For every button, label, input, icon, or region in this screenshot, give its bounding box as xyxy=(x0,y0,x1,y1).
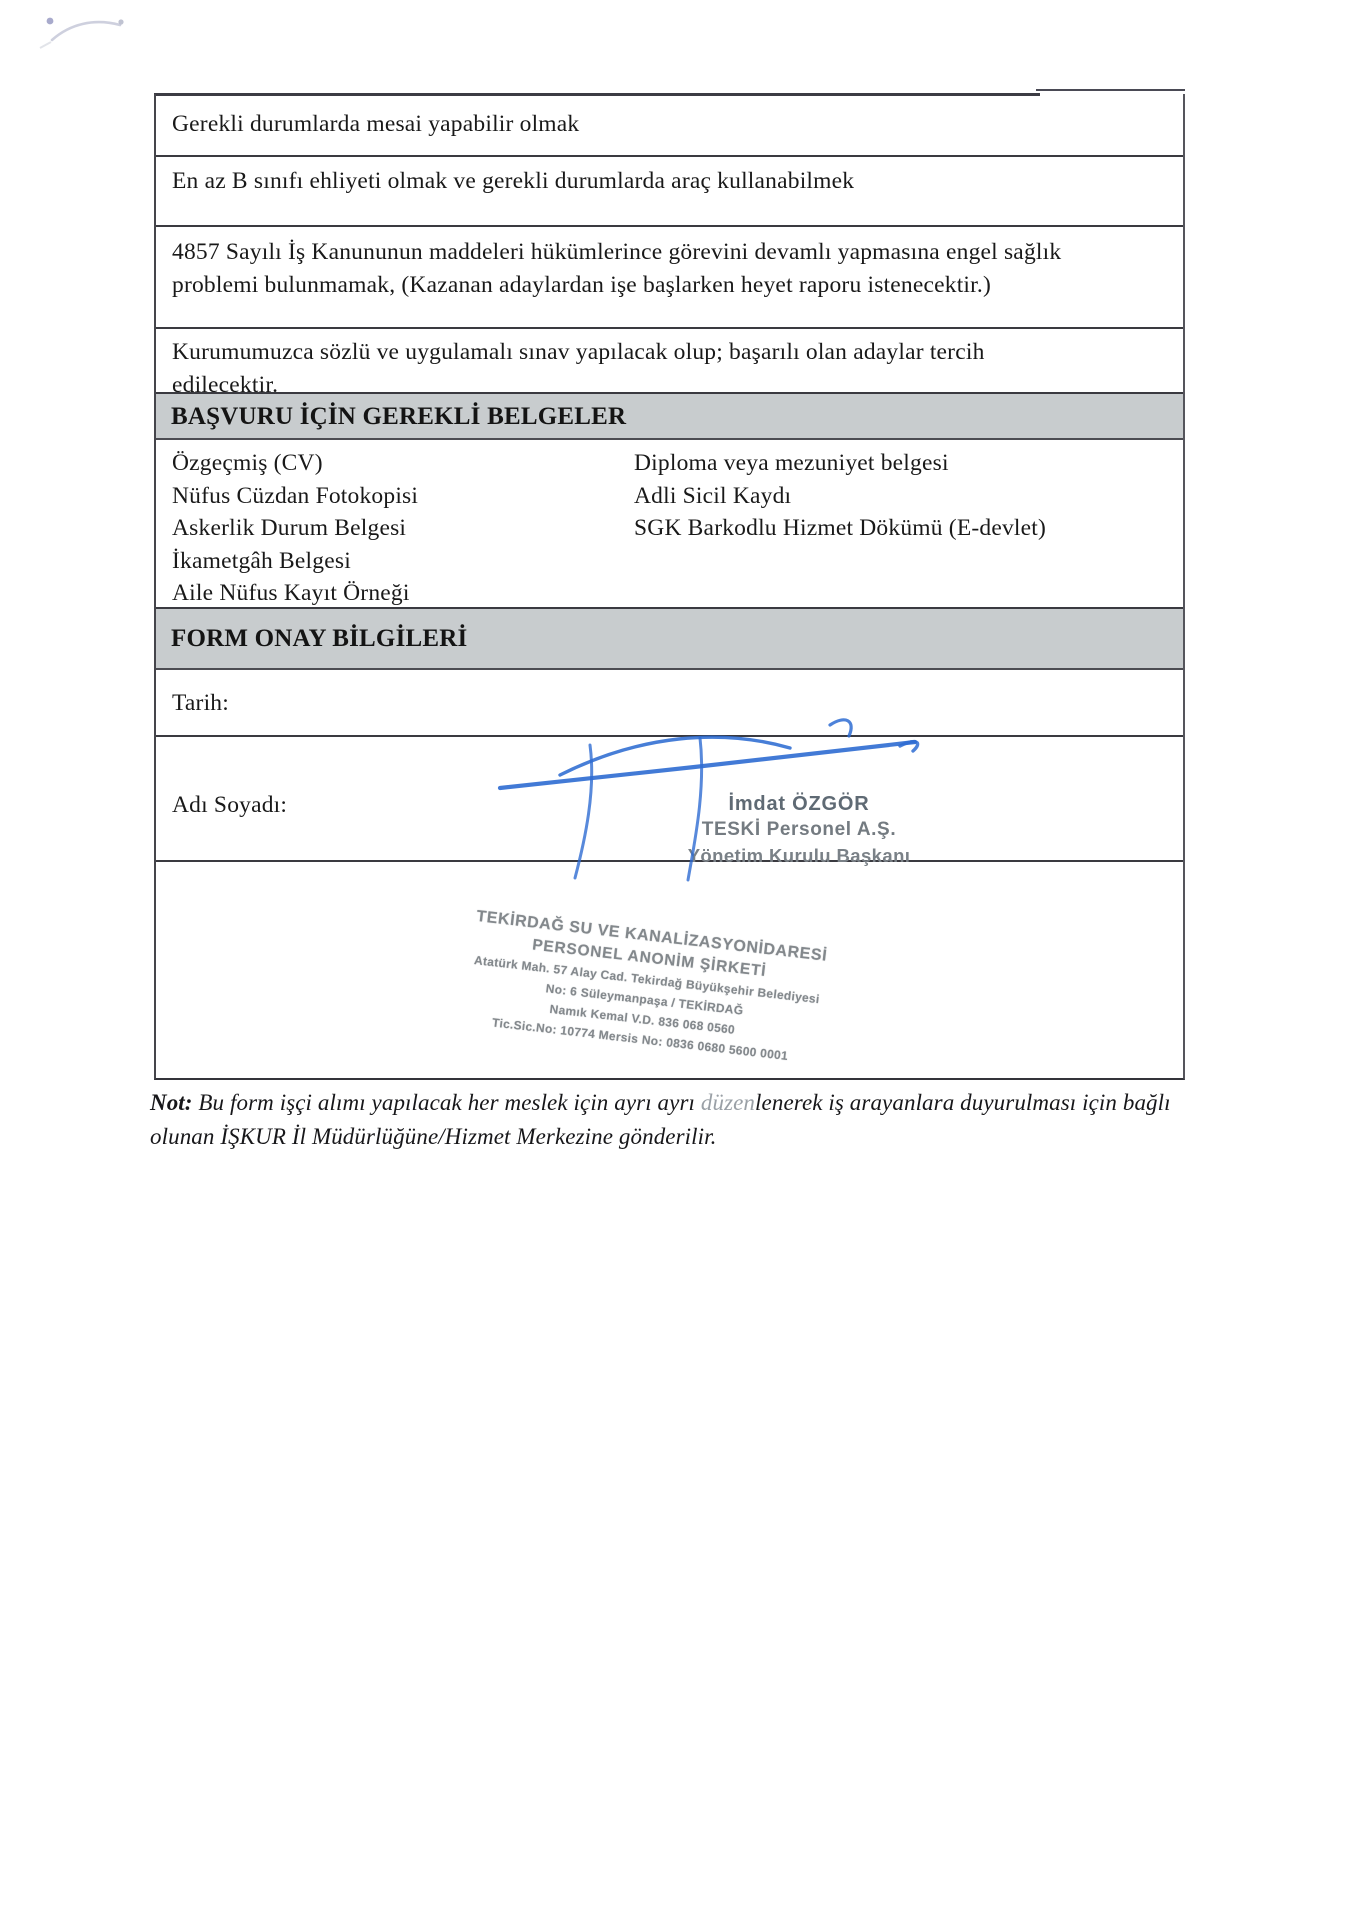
note-text: lenerek iş arayanlara duyurulması için b… xyxy=(755,1090,1171,1115)
requirement-text: Gerekli durumlarda mesai yapabilir olmak xyxy=(172,111,579,137)
document-item: Aile Nüfus Kayıt Örneği xyxy=(172,577,418,610)
document-item: SGK Barkodlu Hizmet Dökümü (E-devlet) xyxy=(634,512,1046,545)
section-title: FORM ONAY BİLGİLERİ xyxy=(171,625,467,652)
note-text-faded: düzen xyxy=(701,1090,755,1115)
requirement-row: En az B sınıfı ehliyeti olmak ve gerekli… xyxy=(156,157,1183,227)
requirement-text: 4857 Sayılı İş Kanununun maddeleri hüküm… xyxy=(172,239,1061,298)
document-item: İkametgâh Belgesi xyxy=(172,545,418,578)
date-label: Tarih: xyxy=(172,687,229,720)
pen-scribble-mark xyxy=(28,4,138,54)
document-item: Askerlik Durum Belgesi xyxy=(172,512,418,545)
requirement-text: Kurumumuzca sözlü ve uygulamalı sınav ya… xyxy=(172,339,985,398)
documents-right-column: Diploma veya mezuniyet belgesi Adli Sici… xyxy=(634,447,1046,545)
note-text: Bu form işçi alımı yapılacak her meslek … xyxy=(193,1090,701,1115)
footer-note-line1: Not: Bu form işçi alımı yapılacak her me… xyxy=(150,1086,1320,1120)
section-header-required-documents: BAŞVURU İÇİN GEREKLİ BELGELER xyxy=(156,394,1183,440)
requirement-row: Kurumumuzca sözlü ve uygulamalı sınav ya… xyxy=(156,329,1183,394)
company-stamp: TEKİRDAĞ SU VE KANALİZASYONİDARESİ PERSO… xyxy=(434,903,857,1073)
name-label: Adı Soyadı: xyxy=(172,789,287,822)
scanned-form-page: Gerekli durumlarda mesai yapabilir olmak… xyxy=(0,0,1358,1920)
document-item: Diploma veya mezuniyet belgesi xyxy=(634,447,1046,480)
document-item: Özgeçmiş (CV) xyxy=(172,447,418,480)
requirement-row: 4857 Sayılı İş Kanununun maddeleri hüküm… xyxy=(156,227,1183,329)
footer-note-line2: olunan İŞKUR İl Müdürlüğüne/Hizmet Merke… xyxy=(150,1120,1320,1154)
requirement-row: Gerekli durumlarda mesai yapabilir olmak xyxy=(156,94,1183,157)
documents-left-column: Özgeçmiş (CV) Nüfus Cüzdan Fotokopisi As… xyxy=(172,447,418,610)
table-top-border-offset xyxy=(1036,89,1185,91)
footer-note: Not: Bu form işçi alımı yapılacak her me… xyxy=(150,1086,1320,1154)
document-item: Nüfus Cüzdan Fotokopisi xyxy=(172,480,418,513)
form-table: Gerekli durumlarda mesai yapabilir olmak… xyxy=(154,94,1185,1080)
handwritten-signature xyxy=(470,712,950,897)
section-title: BAŞVURU İÇİN GEREKLİ BELGELER xyxy=(171,403,626,430)
documents-row: Özgeçmiş (CV) Nüfus Cüzdan Fotokopisi As… xyxy=(156,440,1183,609)
note-label: Not: xyxy=(150,1090,193,1115)
section-header-form-approval: FORM ONAY BİLGİLERİ xyxy=(156,609,1183,670)
document-item: Adli Sicil Kaydı xyxy=(634,480,1046,513)
requirement-text: En az B sınıfı ehliyeti olmak ve gerekli… xyxy=(172,168,854,194)
